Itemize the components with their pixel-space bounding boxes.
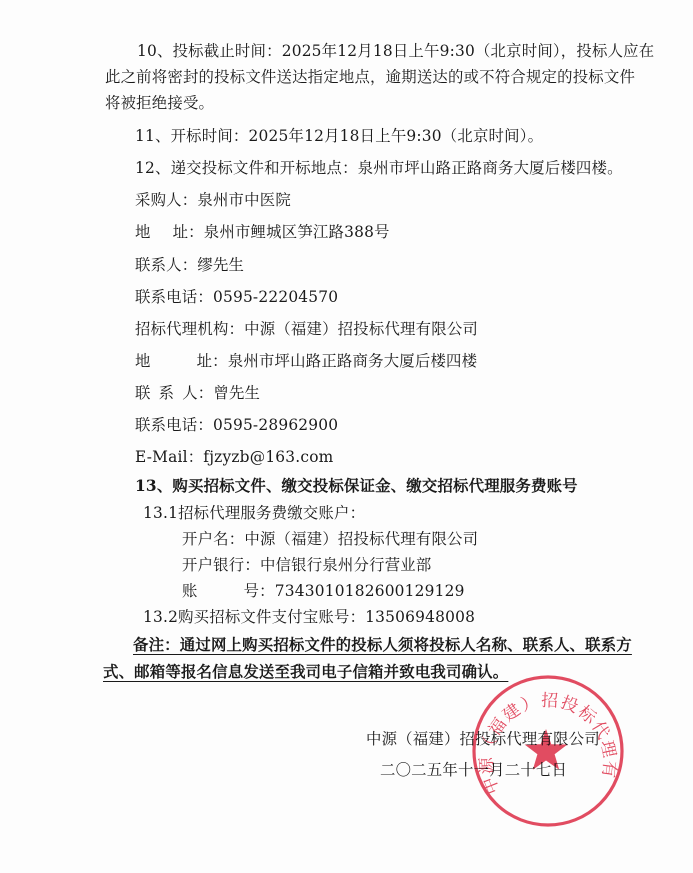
purchaser-name-row: 采购人：泉州市中医院 — [135, 190, 291, 210]
note-line-1: 备注：通过网上购买招标文件的投标人须将投标人名称、联系人、联系方 — [133, 635, 632, 655]
agency-name-row: 招标代理机构：中源（福建）招投标代理有限公司 — [135, 319, 478, 339]
agency-address-label-b: 址： — [197, 352, 228, 370]
signature-date: 二〇二五年十一月二十七日 — [380, 760, 567, 780]
purchaser-address-row: 地址：泉州市鲤城区笋江路388号 — [135, 222, 390, 242]
purchaser-name-label: 采购人： — [135, 191, 197, 209]
purchaser-phone-label: 联系电话： — [135, 288, 213, 306]
agency-phone-value: 0595-28962900 — [213, 416, 338, 434]
account-name-value: 中源（福建）招投标代理有限公司 — [244, 530, 478, 548]
agency-name-value: 中源（福建）招投标代理有限公司 — [244, 320, 478, 338]
account-number-value: 7343010182600129129 — [275, 582, 465, 600]
account-number-label-a: 账 — [182, 582, 198, 600]
purchaser-address-label-a: 地 — [135, 223, 151, 241]
agency-email-value: fjzyzb@163.com — [203, 448, 333, 466]
purchaser-phone-value: 0595-22204570 — [213, 288, 338, 306]
purchaser-phone-row: 联系电话：0595-22204570 — [135, 287, 338, 307]
item-11-opening-time: 11、开标时间：2025年12月18日上午9:30（北京时间）。 — [135, 126, 543, 146]
purchaser-name-value: 泉州市中医院 — [197, 191, 291, 209]
agency-contact-label-c: 人： — [182, 384, 213, 402]
purchaser-contact-row: 联系人：缪先生 — [135, 255, 244, 275]
signature-company: 中源（福建）招投标代理有限公司 — [366, 729, 600, 749]
account-name-label: 开户名： — [182, 530, 244, 548]
account-number-row: 账号：7343010182600129129 — [182, 581, 465, 601]
agency-address-value: 泉州市坪山路正路商务大厦后楼四楼 — [228, 352, 477, 370]
purchaser-contact-value: 缪先生 — [197, 256, 244, 274]
agency-phone-label: 联系电话： — [135, 416, 213, 434]
agency-contact-label-a: 联 — [135, 384, 151, 402]
purchaser-address-value: 泉州市鲤城区笋江路388号 — [204, 223, 390, 241]
bank-label: 开户银行： — [182, 556, 260, 574]
item-13-heading: 13、购买招标文件、缴交投标保证金、缴交招标代理服务费账号 — [135, 476, 578, 496]
item-13-1-title: 13.1招标代理服务费缴交账户： — [143, 503, 365, 523]
agency-email-label: E-Mail： — [135, 448, 203, 466]
note-line-2: 式、邮箱等报名信息发送至我司电子信箱并致电我司确认。 — [103, 662, 508, 682]
agency-phone-row: 联系电话：0595-28962900 — [135, 415, 338, 435]
purchaser-contact-label: 联系人： — [135, 256, 197, 274]
agency-email-row: E-Mail：fjzyzb@163.com — [135, 447, 333, 467]
bank-value: 中信银行泉州分行营业部 — [260, 556, 432, 574]
official-seal-icon: 中源（福建）招投标代理有限公司 — [470, 673, 626, 829]
agency-address-row: 地址：泉州市坪山路正路商务大厦后楼四楼 — [135, 351, 477, 371]
agency-contact-label-b: 系 — [159, 384, 175, 402]
item-10-line-3: 将被拒绝接受。 — [105, 93, 214, 113]
agency-name-label: 招标代理机构： — [135, 320, 244, 338]
account-number-label-b: 号： — [244, 582, 275, 600]
item-10-line-2: 此之前将密封的投标文件送达指定地点，逾期送达的或不符合规定的投标文件 — [105, 67, 635, 87]
purchaser-address-label-b: 址： — [173, 223, 204, 241]
agency-contact-value: 曾先生 — [213, 384, 260, 402]
document-page: 10、投标截止时间：2025年12月18日上午9:30（北京时间），投标人应在 … — [0, 0, 693, 873]
item-13-2-alipay: 13.2购买招标文件支付宝账号：13506948008 — [143, 607, 475, 627]
account-name-row: 开户名：中源（福建）招投标代理有限公司 — [182, 529, 478, 549]
item-12-location: 12、递交投标文件和开标地点：泉州市坪山路正路商务大厦后楼四楼。 — [135, 158, 623, 178]
item-10-line-1: 10、投标截止时间：2025年12月18日上午9:30（北京时间），投标人应在 — [137, 41, 654, 61]
bank-row: 开户银行：中信银行泉州分行营业部 — [182, 555, 431, 575]
agency-contact-row: 联系人：曾先生 — [135, 383, 260, 403]
agency-address-label-a: 地 — [135, 352, 151, 370]
